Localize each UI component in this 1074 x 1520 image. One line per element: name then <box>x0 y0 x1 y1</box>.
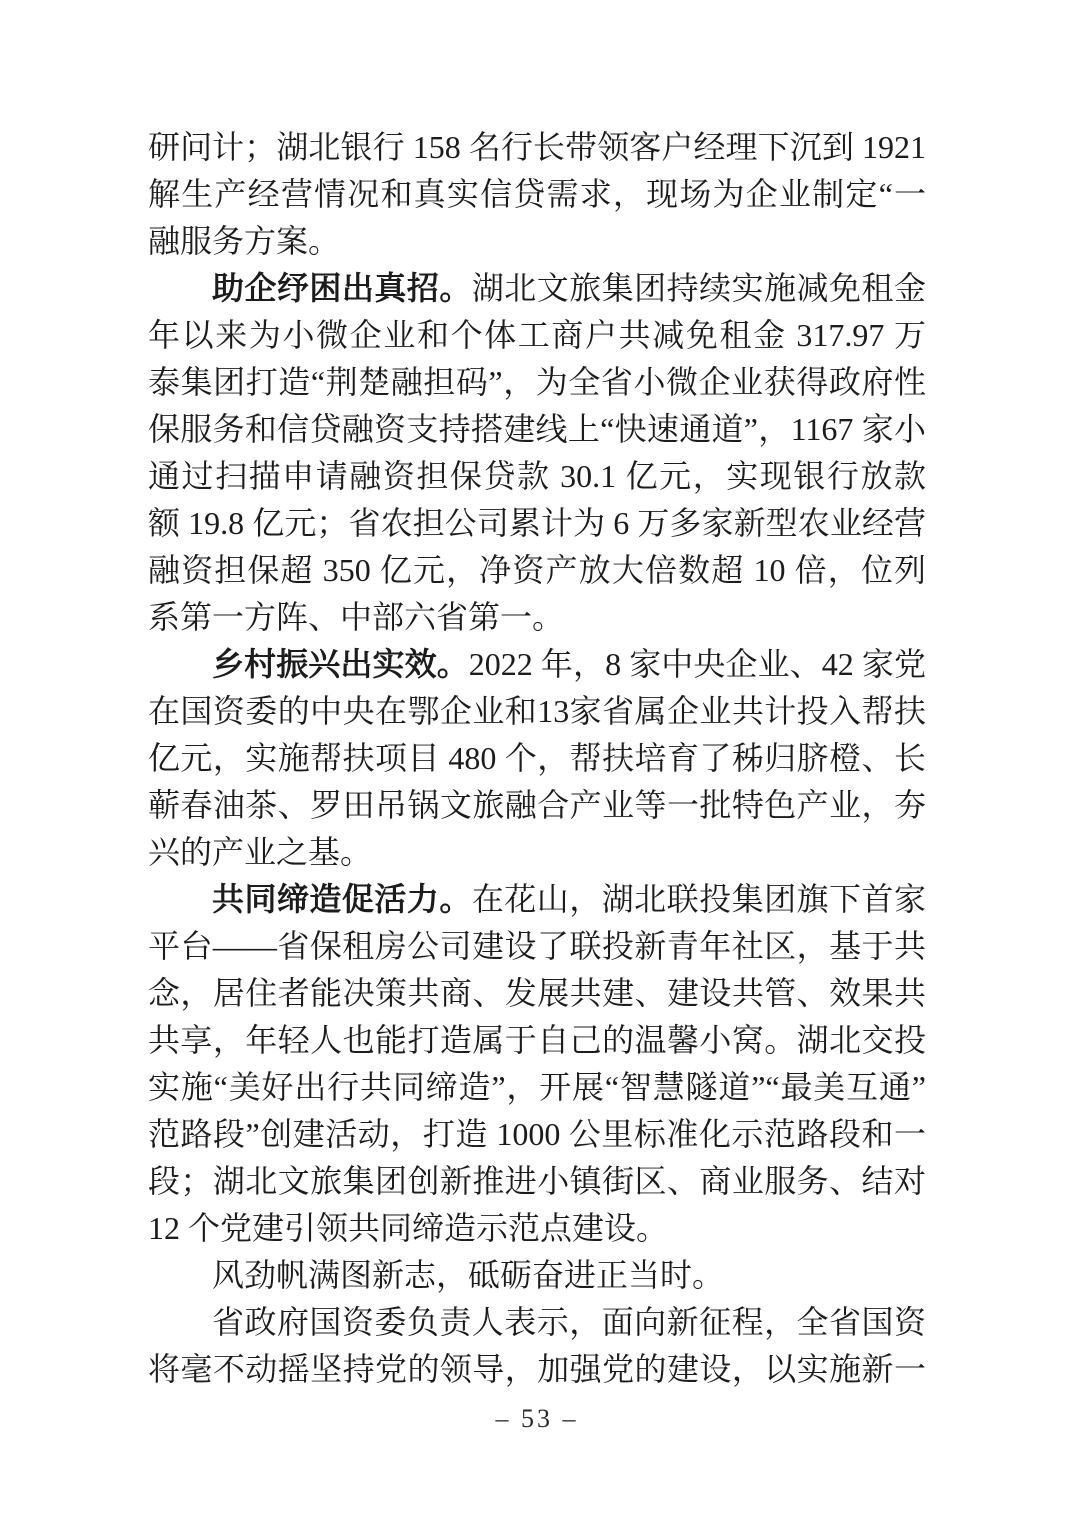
text-line: 范路段”创建活动，打造 1000 公里标准化示范路段和一批景观路 <box>148 1111 926 1158</box>
text-line: 乡村振兴出实效。2022 年，8 家中央企业、42 家党组织关系 <box>148 641 926 688</box>
text-line: 通过扫描申请融资担保贷款 30.1 亿元，实现银行放款 639 户、金 <box>148 453 926 500</box>
page-footer: – 53 – <box>0 1404 1074 1434</box>
text-line: 保服务和信贷融资支持搭建线上“快速通道”，1167 家小微企业 <box>148 406 926 453</box>
paragraph-lead: 共同缔造促活力。 <box>212 881 472 917</box>
text-line: 解生产经营情况和真实信贷需求，现场为企业制定“一对一”金 <box>148 171 926 218</box>
text-line: 研问计；湖北银行 158 名行长带领客户经理下沉到 1921 家企业了 <box>148 124 926 171</box>
text-line: 泰集团打造“荆楚融担码”，为全省小微企业获得政府性融资担 <box>148 359 926 406</box>
text-line: 平台——省保租房公司建设了联投新青年社区，基于共同缔造理 <box>148 923 926 970</box>
document-page: 研问计；湖北银行 158 名行长带领客户经理下沉到 1921 家企业了解生产经营… <box>0 0 1074 1520</box>
text-line: 段；湖北文旅集团创新推进小镇街区、商业服务、结对村居三类、 <box>148 1158 926 1205</box>
text-line: 亿元，实施帮扶项目 480 个，帮扶培育了秭归脐橙、长阳蔬菜、 <box>148 735 926 782</box>
text-line: 系第一方阵、中部六省第一。 <box>148 594 926 641</box>
text-line: 年以来为小微企业和个体工商户共减免租金 317.97 万元；湖北宏 <box>148 312 926 359</box>
text-line: 融服务方案。 <box>148 218 926 265</box>
text-line: 省政府国资委负责人表示，面向新征程，全省国资国企系统 <box>148 1299 926 1346</box>
text-line: 融资担保超 350 亿元，净资产放大倍数超 10 倍，位列全国农担体 <box>148 547 926 594</box>
text-line: 蕲春油茶、罗田吊锅文旅融合产业等一批特色产业，夯实乡村振 <box>148 782 926 829</box>
text-line: 共享，年轻人也能打造属于自己的温馨小窝。湖北交投集团大力 <box>148 1017 926 1064</box>
paragraph-lead: 助企纾困出真招。 <box>212 270 472 306</box>
text-line: 助企纾困出真招。湖北文旅集团持续实施减免租金政策，今 <box>148 265 926 312</box>
text-line: 额 19.8 亿元；省农担公司累计为 6 万多家新型农业经营主体提供 <box>148 500 926 547</box>
text-line: 在国资委的中央在鄂企业和13家省属企业共计投入帮扶资金5.46 <box>148 688 926 735</box>
text-line: 共同缔造促活力。在花山，湖北联投集团旗下首家住房保障 <box>148 876 926 923</box>
text-line: 风劲帆满图新志，砥砺奋进正当时。 <box>148 1252 926 1299</box>
page-number: – 53 – <box>496 1404 579 1433</box>
body-text: 研问计；湖北银行 158 名行长带领客户经理下沉到 1921 家企业了解生产经营… <box>148 124 926 1393</box>
text-line: 兴的产业之基。 <box>148 829 926 876</box>
text-line: 将毫不动摇坚持党的领导，加强党的建设，以实施新一轮国企改 <box>148 1346 926 1393</box>
text-line: 实施“美好出行共同缔造”，开展“智慧隧道”“最美互通”“示 <box>148 1064 926 1111</box>
text-line: 念，居住者能决策共商、发展共建、建设共管、效果共评、成果 <box>148 970 926 1017</box>
text-line: 12 个党建引领共同缔造示范点建设。 <box>148 1205 926 1252</box>
paragraph-lead: 乡村振兴出实效。 <box>212 646 469 682</box>
